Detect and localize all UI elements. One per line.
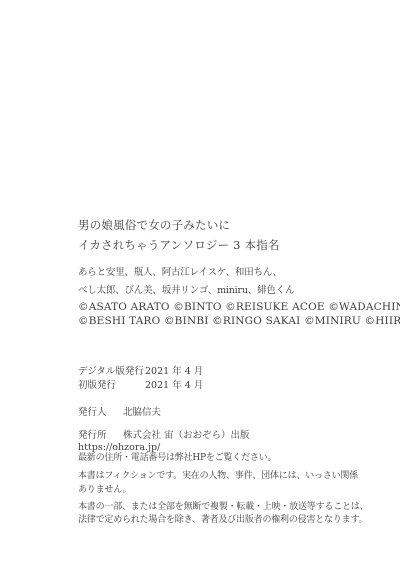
colophon-page: 男の娘風俗で女の子みたいに イカされちゃうアンソロジー 3 本指名 あらと安里、…: [0, 0, 400, 570]
publisher-label: 発行所: [78, 431, 123, 441]
publisher-row: 発行所 株式会社 宙（おおぞら）出版: [78, 431, 250, 441]
copyright-line-1: ©ASATO ARATO ©BINTO ©REISUKE ACOE ©WADAC…: [78, 302, 400, 313]
issuer-row: 発行人 北脇信夫: [78, 408, 161, 418]
copyright-line-2: ©BESHI TARO ©BINBI ©RINGO SAKAI ©MINIRU …: [78, 316, 400, 327]
first-edition-row: 初版発行 2021 年 4 月: [78, 381, 203, 391]
book-title-line-1: 男の娘風俗で女の子みたいに: [78, 220, 230, 232]
authors-line-2: べし太郎、びん美、坂井リンゴ、miniru、緋色くん: [78, 286, 294, 296]
digital-edition-row: デジタル版発行 2021 年 4 月: [78, 367, 203, 377]
rights-notice-line-2: 法律で定められた場合を除き、著者及び出版者の権利の侵害となります。: [78, 516, 367, 525]
digital-edition-date: 2021 年 4 月: [145, 367, 203, 377]
publisher-note: 最新の住所・電話番号は弊社HPをご覧ください。: [78, 454, 276, 463]
fiction-notice-line-1: 本書はフィクションです。実在の人物、事件、団体には、いっさい関係: [78, 472, 358, 481]
rights-notice-line-1: 本書の一部、または全部を無断で複製・転載・上映・放送等することは、: [78, 503, 368, 512]
book-title-line-2: イカされちゃうアンソロジー 3 本指名: [78, 240, 280, 252]
issuer-name: 北脇信夫: [123, 408, 161, 418]
authors-line-1: あらと安里、瓶人、阿古江レイスケ、和田ちん、: [78, 268, 282, 278]
first-edition-label: 初版発行: [78, 381, 145, 391]
issuer-label: 発行人: [78, 408, 123, 418]
fiction-notice-line-2: ありません。: [78, 486, 131, 495]
digital-edition-label: デジタル版発行: [78, 367, 145, 377]
publisher-url: https://ohzora.jp/: [78, 443, 160, 453]
first-edition-date: 2021 年 4 月: [145, 381, 203, 391]
publisher-name: 株式会社 宙（おおぞら）出版: [123, 431, 250, 441]
